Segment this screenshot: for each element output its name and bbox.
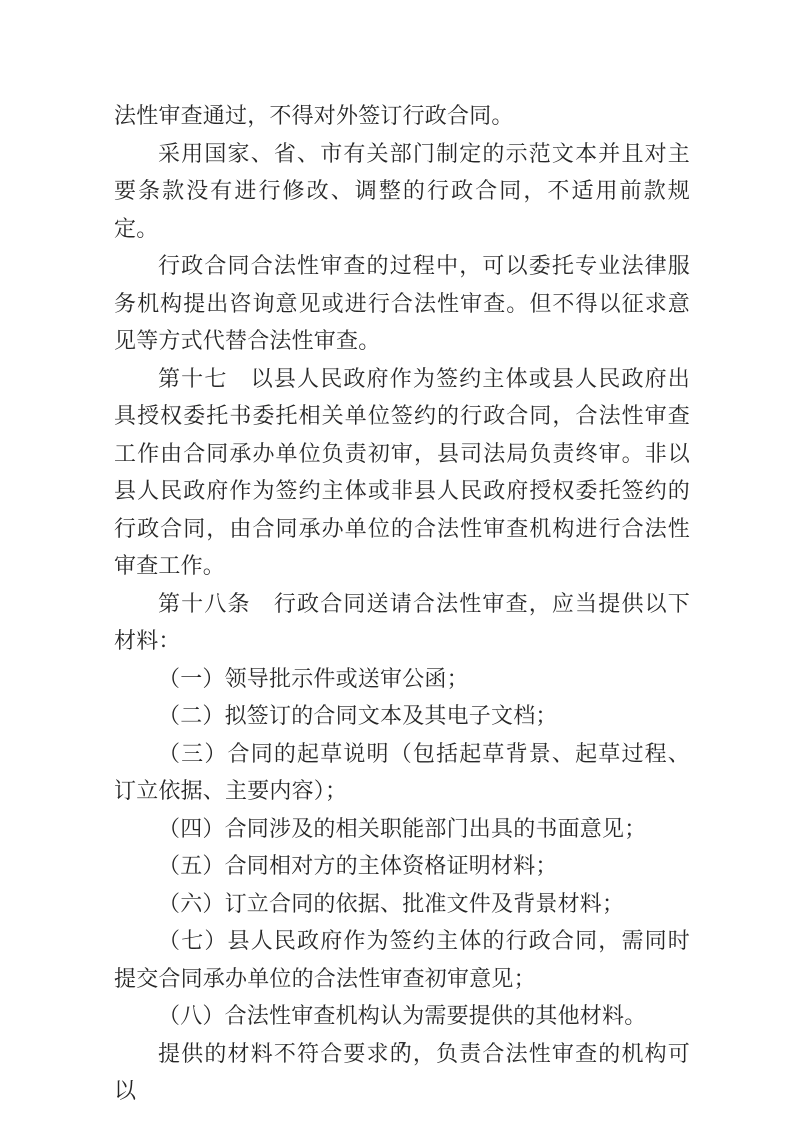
paragraph: 法性审查通过，不得对外签订行政合同。 <box>114 97 690 135</box>
document-body-text: 法性审查通过，不得对外签订行政合同。 采用国家、省、市有关部门制定的示范文本并且… <box>114 97 690 1110</box>
list-item-2: （二）拟签订的合同文本及其电子文档； <box>114 697 690 735</box>
paragraph-article-18: 第十八条 行政合同送请合法性审查，应当提供以下材料： <box>114 585 690 660</box>
paragraph-article-17: 第十七 以县人民政府作为签约主体或县人民政府出具授权委托书委托相关单位签约的行政… <box>114 360 690 585</box>
list-item-8: （八）合法性审查机构认为需要提供的其他材料。 <box>114 997 690 1035</box>
list-item-1: （一）领导批示件或送审公函； <box>114 660 690 698</box>
list-item-4: （四）合同涉及的相关职能部门出具的书面意见； <box>114 810 690 848</box>
document-page: 法性审查通过，不得对外签订行政合同。 采用国家、省、市有关部门制定的示范文本并且… <box>0 0 793 1122</box>
paragraph: 采用国家、省、市有关部门制定的示范文本并且对主要条款没有进行修改、调整的行政合同… <box>114 135 690 248</box>
list-item-6: （六）订立合同的依据、批准文件及背景材料； <box>114 885 690 923</box>
page-number: 7 <box>398 1038 407 1057</box>
list-item-5: （五）合同相对方的主体资格证明材料； <box>114 847 690 885</box>
paragraph: 行政合同合法性审查的过程中，可以委托专业法律服务机构提出咨询意见或进行合法性审查… <box>114 247 690 360</box>
page-footer: 7 <box>114 1036 690 1060</box>
list-item-7: （七）县人民政府作为签约主体的行政合同，需同时提交合同承办单位的合法性审查初审意… <box>114 922 690 997</box>
list-item-3: （三）合同的起草说明（包括起草背景、起草过程、订立依据、主要内容）； <box>114 735 690 810</box>
